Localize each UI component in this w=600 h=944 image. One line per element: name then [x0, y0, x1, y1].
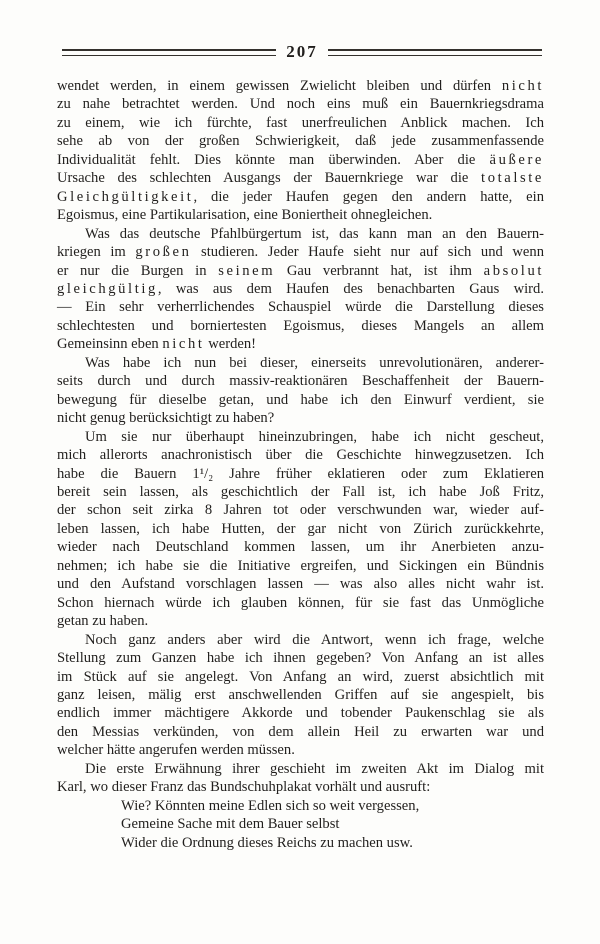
- text-segment: Um sie nur überhaupt hineinzubringen, ha…: [85, 429, 544, 445]
- text-segment: Individualität fehlt. Dies könnte man üb…: [57, 152, 490, 168]
- text-segment: sehe ab von der großen Schwierigkeit, da…: [57, 133, 544, 149]
- text-segment: , die jeder Haufen gegen den andern hatt…: [193, 189, 544, 205]
- text-segment: bereit sein lassen, als geschichtlich de…: [57, 484, 544, 500]
- text-line: und den Aufstand vorschlagen lassen — wa…: [57, 575, 544, 593]
- text-line: Schon hiernach würde ich glauben können,…: [57, 594, 544, 612]
- text-line: wendet werden, in einem gewissen Zwielic…: [57, 77, 544, 95]
- paragraph: Die erste Erwähnung ihrer geschieht im z…: [57, 760, 544, 797]
- paragraph: Was habe ich nun bei dieser, einerseits …: [57, 354, 544, 428]
- verse-line: Gemeine Sache mit dem Bauer selbst: [57, 815, 544, 833]
- text-segment: Egoismus, eine Partikularisation, eine B…: [57, 207, 432, 223]
- text-segment: endlich immer mächtigere Akkorde und tob…: [57, 705, 544, 721]
- emphasized-text: Gleichgültigkeit: [57, 189, 193, 205]
- header-rule-right: [328, 49, 542, 56]
- text-line: habe die Bauern 1¹/₂ Jahre früher eklati…: [57, 465, 544, 483]
- text-line: Ursache des schlechten Ausgangs der Baue…: [57, 169, 544, 187]
- text-line: den Messias verkünden, von dem allein He…: [57, 723, 544, 741]
- text-segment: wieder nach Deutschland kommen lassen, u…: [57, 539, 544, 555]
- text-segment: Gemeinsinn eben: [57, 336, 162, 352]
- text-segment: leben lassen, ich habe Hutten, der gar n…: [57, 521, 544, 537]
- emphasized-text: gleichgültig: [57, 281, 158, 297]
- text-segment: Gemeine Sache mit dem Bauer selbst: [121, 816, 339, 832]
- text-line: mich allerorts anachronistisch über die …: [57, 446, 544, 464]
- verse-block: Wie? Könnten meine Edlen sich so weit ve…: [57, 797, 544, 852]
- text-line: Individualität fehlt. Dies könnte man üb…: [57, 151, 544, 169]
- text-line: Noch ganz anders aber wird die Antwort, …: [57, 631, 544, 649]
- emphasized-text: nicht: [502, 78, 544, 94]
- text-segment: wendet werden, in einem gewissen Zwielic…: [57, 78, 502, 94]
- text-line: er nur die Burgen in seinem Gau verbrann…: [57, 262, 544, 280]
- paragraph: wendet werden, in einem gewissen Zwielic…: [57, 77, 544, 225]
- paragraph: Noch ganz anders aber wird die Antwort, …: [57, 631, 544, 760]
- text-line: nicht genug berücksichtigt zu haben?: [57, 409, 544, 427]
- text-line: welcher hätte angerufen werden müssen.: [57, 741, 544, 759]
- text-line: Karl, wo dieser Franz das Bundschuhplaka…: [57, 778, 544, 796]
- text-line: Um sie nur überhaupt hineinzubringen, ha…: [57, 428, 544, 446]
- emphasized-text: seinem: [218, 263, 275, 279]
- text-segment: Wider die Ordnung dieses Reichs zu mache…: [121, 835, 413, 851]
- emphasized-text: nicht: [162, 336, 204, 352]
- text-line: Gleichgültigkeit, die jeder Haufen gegen…: [57, 188, 544, 206]
- text-segment: seits durch und durch massiv-reaktionäre…: [57, 373, 544, 389]
- text-body: wendet werden, in einem gewissen Zwielic…: [57, 77, 544, 852]
- text-segment: mich allerorts anachronistisch über die …: [57, 447, 544, 463]
- text-segment: den Messias verkünden, von dem allein He…: [57, 724, 544, 740]
- text-line: im Stück auf sie angelegt. Von Anfang an…: [57, 668, 544, 686]
- text-segment: habe die Bauern 1¹/₂ Jahre früher eklati…: [57, 466, 544, 482]
- text-segment: Die erste Erwähnung ihrer geschieht im z…: [85, 761, 544, 777]
- text-segment: kriegen im: [57, 244, 135, 260]
- text-segment: Stellung zum Ganzen habe ich ihnen gegeb…: [57, 650, 544, 666]
- verse-line: Wie? Könnten meine Edlen sich so weit ve…: [57, 797, 544, 815]
- text-segment: werden!: [205, 336, 256, 352]
- text-line: Was das deutsche Pfahlbürgertum ist, das…: [57, 225, 544, 243]
- text-line: Stellung zum Ganzen habe ich ihnen gegeb…: [57, 649, 544, 667]
- page-header: 207: [62, 44, 542, 61]
- text-line: zu einem, wie ich fürchte, fast unerfreu…: [57, 114, 544, 132]
- text-line: der schon seit zirka 8 Jahren tot oder v…: [57, 501, 544, 519]
- text-line: bereit sein lassen, als geschichtlich de…: [57, 483, 544, 501]
- text-line: Was habe ich nun bei dieser, einerseits …: [57, 354, 544, 372]
- emphasized-text: äußere: [490, 152, 545, 168]
- text-segment: , was aus dem Haufen des benachbarten Ga…: [158, 281, 544, 297]
- text-segment: Was das deutsche Pfahlbürgertum ist, das…: [85, 226, 544, 242]
- book-page: 207 wendet werden, in einem gewissen Zwi…: [0, 0, 600, 944]
- emphasized-text: absolut: [484, 263, 544, 279]
- text-segment: Was habe ich nun bei dieser, einerseits …: [85, 355, 544, 371]
- emphasized-text: großen: [135, 244, 191, 260]
- verse-line: Wider die Ordnung dieses Reichs zu mache…: [57, 834, 544, 852]
- paragraph: Um sie nur überhaupt hineinzubringen, ha…: [57, 428, 544, 631]
- text-segment: Wie? Könnten meine Edlen sich so weit ve…: [121, 798, 419, 814]
- text-line: sehe ab von der großen Schwierigkeit, da…: [57, 132, 544, 150]
- text-line: gleichgültig, was aus dem Haufen des ben…: [57, 280, 544, 298]
- text-segment: Noch ganz anders aber wird die Antwort, …: [85, 632, 544, 648]
- text-line: nehmen; ich habe sie die Initiative ergr…: [57, 557, 544, 575]
- text-line: bewegung für dieselbe getan, und habe ic…: [57, 391, 544, 409]
- text-line: Gemeinsinn eben nicht werden!: [57, 335, 544, 353]
- text-line: wieder nach Deutschland kommen lassen, u…: [57, 538, 544, 556]
- text-segment: — Ein sehr verherrlichendes Schauspiel w…: [57, 299, 544, 315]
- text-line: Die erste Erwähnung ihrer geschieht im z…: [57, 760, 544, 778]
- text-segment: welcher hätte angerufen werden müssen.: [57, 742, 295, 758]
- text-segment: nicht genug berücksichtigt zu haben?: [57, 410, 274, 426]
- text-line: getan zu haben.: [57, 612, 544, 630]
- header-rule-left: [62, 49, 276, 56]
- text-segment: ganz leisen, mälig erst anschwellenden G…: [57, 687, 544, 703]
- text-line: zu nahe betrachtet werden. Und noch eins…: [57, 95, 544, 113]
- text-line: kriegen im großen studieren. Jeder Haufe…: [57, 243, 544, 261]
- text-segment: nehmen; ich habe sie die Initiative ergr…: [57, 558, 544, 574]
- text-line: leben lassen, ich habe Hutten, der gar n…: [57, 520, 544, 538]
- text-line: — Ein sehr verherrlichendes Schauspiel w…: [57, 298, 544, 316]
- text-segment: Schon hiernach würde ich glauben können,…: [57, 595, 544, 611]
- text-line: Egoismus, eine Partikularisation, eine B…: [57, 206, 544, 224]
- text-line: schlechtesten und borniertesten Egoismus…: [57, 317, 544, 335]
- text-segment: Karl, wo dieser Franz das Bundschuhplaka…: [57, 779, 430, 795]
- text-segment: schlechtesten und borniertesten Egoismus…: [57, 318, 544, 334]
- text-line: seits durch und durch massiv-reaktionäre…: [57, 372, 544, 390]
- text-line: ganz leisen, mälig erst anschwellenden G…: [57, 686, 544, 704]
- text-segment: und den Aufstand vorschlagen lassen — wa…: [57, 576, 544, 592]
- text-segment: bewegung für dieselbe getan, und habe ic…: [57, 392, 544, 408]
- paragraph: Was das deutsche Pfahlbürgertum ist, das…: [57, 225, 544, 354]
- text-segment: er nur die Burgen in: [57, 263, 218, 279]
- text-segment: studieren. Jeder Haufe sieht nur auf sic…: [191, 244, 544, 260]
- text-segment: Ursache des schlechten Ausgangs der Baue…: [57, 170, 481, 186]
- text-segment: getan zu haben.: [57, 613, 148, 629]
- text-segment: der schon seit zirka 8 Jahren tot oder v…: [57, 502, 544, 518]
- text-segment: Gau verbrannt hat, ist ihm: [275, 263, 483, 279]
- text-segment: zu nahe betrachtet werden. Und noch eins…: [57, 96, 544, 112]
- emphasized-text: totalste: [481, 170, 544, 186]
- text-segment: zu einem, wie ich fürchte, fast unerfreu…: [57, 115, 544, 131]
- text-segment: im Stück auf sie angelegt. Von Anfang an…: [57, 669, 544, 685]
- text-line: endlich immer mächtigere Akkorde und tob…: [57, 704, 544, 722]
- page-number: 207: [276, 43, 328, 60]
